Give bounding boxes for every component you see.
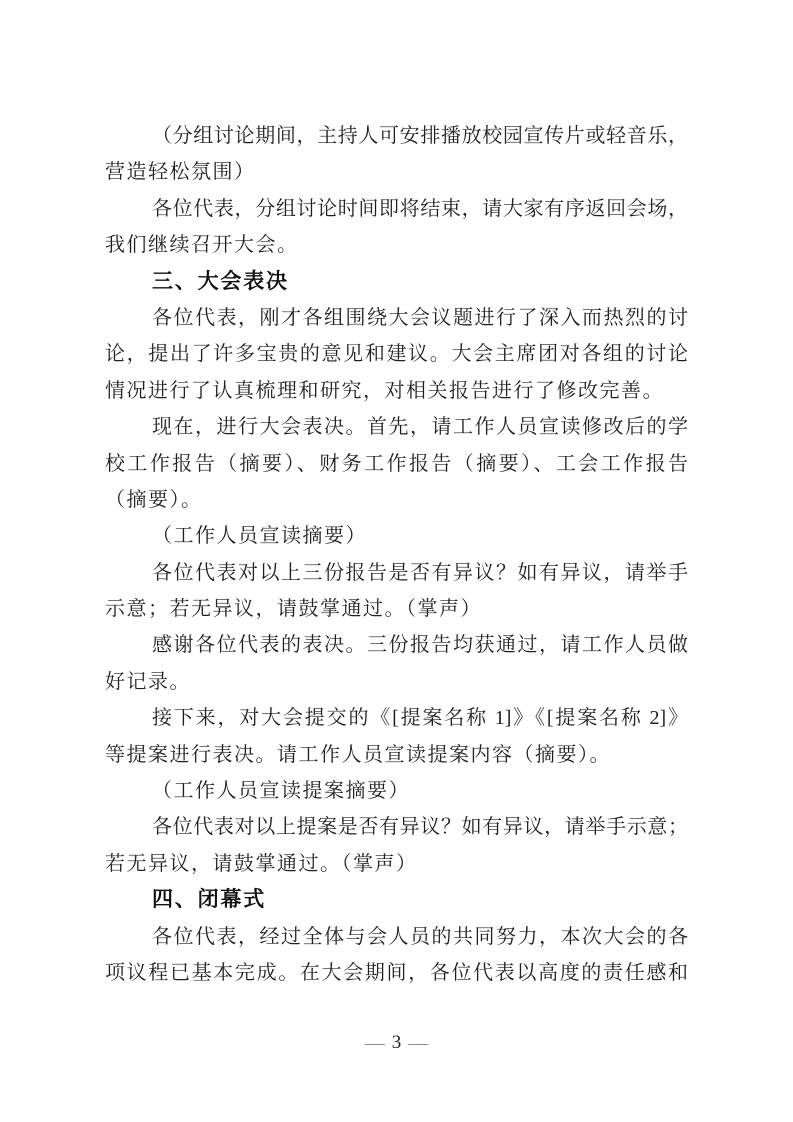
text-line: 校工作报告（摘要）、财务工作报告（摘要）、工会工作报告 xyxy=(105,446,688,482)
paragraph: 各位代表，刚才各组围绕大会议题进行了深入而热烈的讨论，提出了许多宝贵的意见和建议… xyxy=(105,300,688,409)
paragraph: （工作人员宣读摘要） xyxy=(105,518,688,554)
paragraph: 现在，进行大会表决。首先，请工作人员宣读修改后的学校工作报告（摘要）、财务工作报… xyxy=(105,409,688,518)
text-line: （摘要）。 xyxy=(105,482,688,518)
paragraph: 各位代表对以上三份报告是否有异议？如有异议，请举手示意；若无异议，请鼓掌通过。（… xyxy=(105,555,688,628)
paragraph: 各位代表，分组讨论时间即将结束，请大家有序返回会场，我们继续召开大会。 xyxy=(105,191,688,264)
text-line: 示意；若无异议，请鼓掌通过。（掌声） xyxy=(105,591,688,627)
footer-dash-right: — xyxy=(408,1031,428,1055)
text-line: （工作人员宣读摘要） xyxy=(105,518,688,554)
text-line: 各位代表，分组讨论时间即将结束，请大家有序返回会场， xyxy=(105,191,688,227)
text-line: 接下来，对大会提交的《[提案名称 1]》《[提案名称 2]》 xyxy=(105,700,688,736)
text-line: 各位代表对以上三份报告是否有异议？如有异议，请举手 xyxy=(105,555,688,591)
text-line: 感谢各位代表的表决。三份报告均获通过，请工作人员做 xyxy=(105,627,688,663)
text-line: 各位代表对以上提案是否有异议？如有异议，请举手示意； xyxy=(105,809,688,845)
text-line: 项议程已基本完成。在大会期间，各位代表以高度的责任感和 xyxy=(105,955,688,991)
paragraph: （工作人员宣读提案摘要） xyxy=(105,773,688,809)
paragraph: 接下来，对大会提交的《[提案名称 1]》《[提案名称 2]》等提案进行表决。请工… xyxy=(105,700,688,773)
section-heading: 四、闭幕式 xyxy=(105,882,688,918)
text-line: 营造轻松氛围） xyxy=(105,154,688,190)
page-number: 3 xyxy=(392,1031,402,1055)
text-line: 等提案进行表决。请工作人员宣读提案内容（摘要）。 xyxy=(105,737,688,773)
page-footer: — 3 — xyxy=(0,1031,793,1055)
text-line: 情况进行了认真梳理和研究，对相关报告进行了修改完善。 xyxy=(105,373,688,409)
text-line: 三、大会表决 xyxy=(105,264,688,300)
section-heading: 三、大会表决 xyxy=(105,264,688,300)
text-line: 我们继续召开大会。 xyxy=(105,227,688,263)
text-line: （分组讨论期间，主持人可安排播放校园宣传片或轻音乐， xyxy=(105,118,688,154)
document-page: （分组讨论期间，主持人可安排播放校园宣传片或轻音乐，营造轻松氛围）各位代表，分组… xyxy=(0,0,793,1122)
paragraph: 感谢各位代表的表决。三份报告均获通过，请工作人员做好记录。 xyxy=(105,627,688,700)
text-line: 论，提出了许多宝贵的意见和建议。大会主席团对各组的讨论 xyxy=(105,336,688,372)
paragraph: 各位代表，经过全体与会人员的共同努力，本次大会的各项议程已基本完成。在大会期间，… xyxy=(105,919,688,992)
text-line: 各位代表，刚才各组围绕大会议题进行了深入而热烈的讨 xyxy=(105,300,688,336)
footer-dash-left: — xyxy=(365,1031,385,1055)
text-line: 各位代表，经过全体与会人员的共同努力，本次大会的各 xyxy=(105,919,688,955)
text-line: 四、闭幕式 xyxy=(105,882,688,918)
paragraph: （分组讨论期间，主持人可安排播放校园宣传片或轻音乐，营造轻松氛围） xyxy=(105,118,688,191)
text-line: （工作人员宣读提案摘要） xyxy=(105,773,688,809)
text-line: 现在，进行大会表决。首先，请工作人员宣读修改后的学 xyxy=(105,409,688,445)
document-body: （分组讨论期间，主持人可安排播放校园宣传片或轻音乐，营造轻松氛围）各位代表，分组… xyxy=(105,118,688,991)
text-line: 若无异议，请鼓掌通过。（掌声） xyxy=(105,846,688,882)
text-line: 好记录。 xyxy=(105,664,688,700)
paragraph: 各位代表对以上提案是否有异议？如有异议，请举手示意；若无异议，请鼓掌通过。（掌声… xyxy=(105,809,688,882)
